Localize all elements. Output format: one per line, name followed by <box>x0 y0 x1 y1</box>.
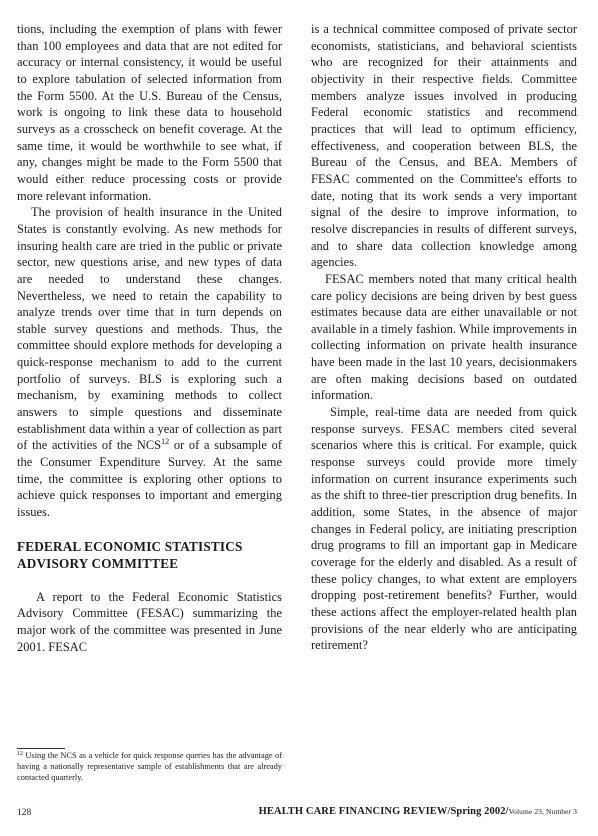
body-paragraph: The provision of health insurance in the… <box>17 204 282 520</box>
body-paragraph: Simple, real-time data are needed from q… <box>311 404 577 654</box>
footnote-text: Using the NCS as a vehicle for quick res… <box>17 751 282 782</box>
footnote: 12 Using the NCS as a vehicle for quick … <box>17 750 282 784</box>
body-paragraph: tions, including the exemption of plans … <box>17 21 282 204</box>
body-paragraph: A report to the Federal Economic Statist… <box>17 589 282 656</box>
running-footer: HEALTH CARE FINANCING REVIEW/Spring 2002… <box>259 806 577 817</box>
body-paragraph: FESAC members noted that many critical h… <box>311 271 577 404</box>
section-heading: FEDERAL ECONOMIC STATISTICS ADVISORY COM… <box>17 538 282 572</box>
body-paragraph: is a technical committee composed of pri… <box>311 21 577 271</box>
paragraph-text: The provision of health insurance in the… <box>17 205 282 452</box>
footnote-divider <box>17 748 65 749</box>
footnote-reference[interactable]: 12 <box>161 437 169 446</box>
volume-info: Volume 23, Number 3 <box>509 807 577 816</box>
left-column: tions, including the exemption of plans … <box>17 21 282 655</box>
journal-title: HEALTH CARE FINANCING REVIEW/Spring 2002… <box>259 806 509 817</box>
page-number: 128 <box>17 808 31 818</box>
right-column: is a technical committee composed of pri… <box>311 21 577 654</box>
